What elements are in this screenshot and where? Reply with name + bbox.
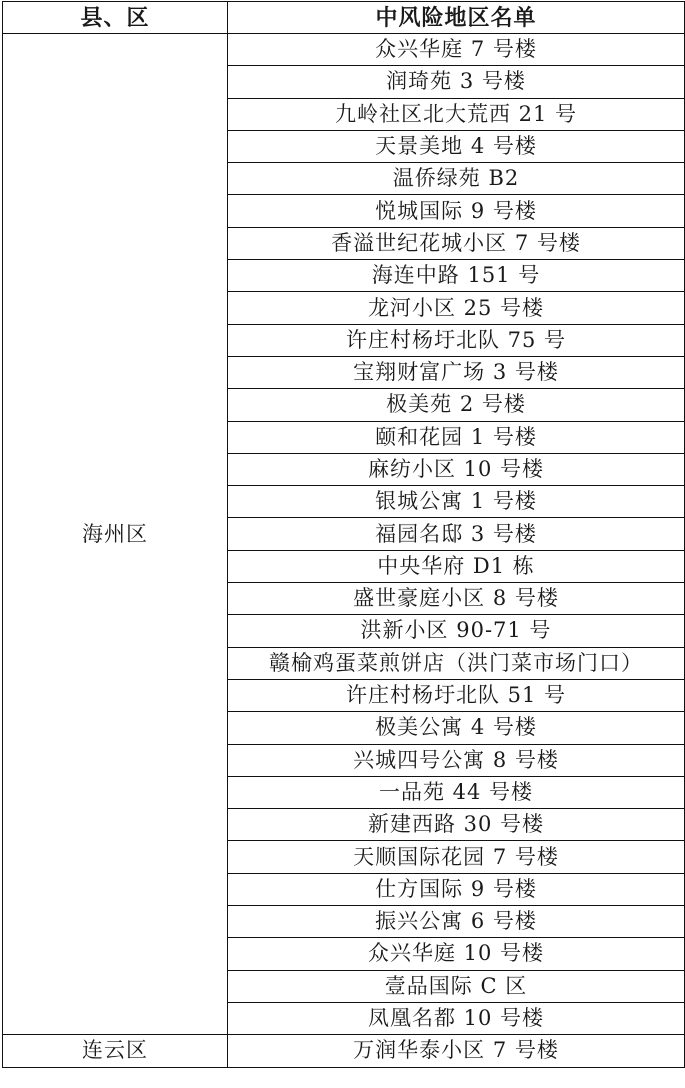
area-cell: 中央华府 D1 栋 <box>228 550 685 582</box>
area-cell: 一品苑 44 号楼 <box>228 776 685 808</box>
area-cell: 众兴华庭 10 号楼 <box>228 938 685 970</box>
area-cell: 仕方国际 9 号楼 <box>228 873 685 905</box>
column-header-district: 县、区 <box>3 2 228 34</box>
district-cell: 海州区 <box>3 34 228 1035</box>
area-cell: 温侨绿苑 B2 <box>228 163 685 195</box>
area-cell: 赣榆鸡蛋菜煎饼店（洪门菜市场门口） <box>228 647 685 679</box>
area-cell: 天顺国际花园 7 号楼 <box>228 841 685 873</box>
area-cell: 许庄村杨圩北队 75 号 <box>228 324 685 356</box>
area-cell: 众兴华庭 7 号楼 <box>228 34 685 66</box>
area-cell: 极美公寓 4 号楼 <box>228 712 685 744</box>
area-cell: 润琦苑 3 号楼 <box>228 66 685 98</box>
area-cell: 香溢世纪花城小区 7 号楼 <box>228 227 685 259</box>
area-cell: 福园名邸 3 号楼 <box>228 518 685 550</box>
area-cell: 海连中路 151 号 <box>228 260 685 292</box>
area-cell: 龙河小区 25 号楼 <box>228 292 685 324</box>
area-cell: 新建西路 30 号楼 <box>228 809 685 841</box>
area-cell: 许庄村杨圩北队 51 号 <box>228 679 685 711</box>
area-cell: 壹品国际 C 区 <box>228 970 685 1002</box>
area-cell: 极美苑 2 号楼 <box>228 389 685 421</box>
area-cell: 悦城国际 9 号楼 <box>228 195 685 227</box>
area-cell: 天景美地 4 号楼 <box>228 130 685 162</box>
area-cell: 宝翔财富广场 3 号楼 <box>228 356 685 388</box>
area-cell: 盛世豪庭小区 8 号楼 <box>228 583 685 615</box>
area-cell: 兴城四号公寓 8 号楼 <box>228 744 685 776</box>
area-cell: 凤凰名都 10 号楼 <box>228 1002 685 1034</box>
area-cell: 颐和花园 1 号楼 <box>228 421 685 453</box>
area-cell: 九岭社区北大荒西 21 号 <box>228 98 685 130</box>
medium-risk-areas-table: 县、区 中风险地区名单 海州区众兴华庭 7 号楼润琦苑 3 号楼九岭社区北大荒西… <box>2 1 685 1068</box>
table-row: 海州区众兴华庭 7 号楼 <box>3 34 685 66</box>
area-cell: 洪新小区 90-71 号 <box>228 615 685 647</box>
column-header-areas: 中风险地区名单 <box>228 2 685 34</box>
table-header-row: 县、区 中风险地区名单 <box>3 2 685 34</box>
area-cell: 麻纺小区 10 号楼 <box>228 453 685 485</box>
area-cell: 万润华泰小区 7 号楼 <box>228 1035 685 1067</box>
area-cell: 振兴公寓 6 号楼 <box>228 906 685 938</box>
table-row: 连云区万润华泰小区 7 号楼 <box>3 1035 685 1067</box>
table-body: 海州区众兴华庭 7 号楼润琦苑 3 号楼九岭社区北大荒西 21 号天景美地 4 … <box>3 34 685 1068</box>
area-cell: 银城公寓 1 号楼 <box>228 486 685 518</box>
district-cell: 连云区 <box>3 1035 228 1067</box>
